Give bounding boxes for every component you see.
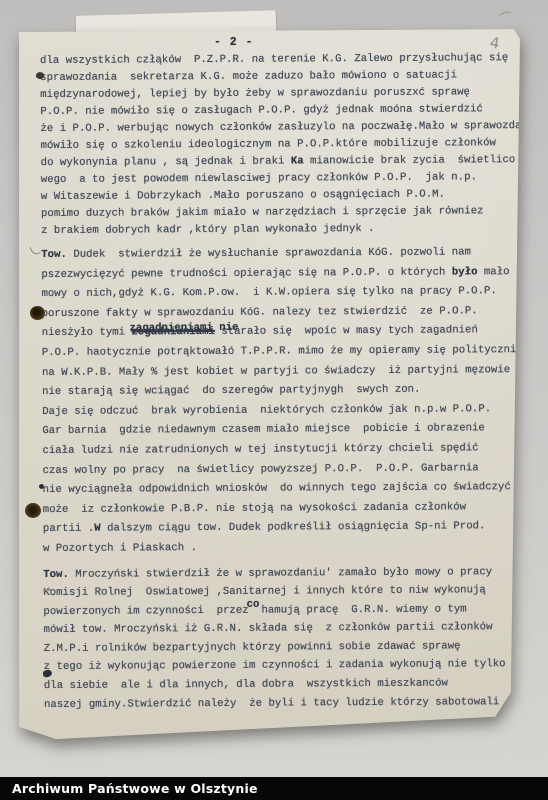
text-line: ciała ludzi nie zatrudnionych w tej inst… (42, 439, 542, 462)
typed-text: dla wszystkich człąków P.Z.P.R. na teren… (40, 50, 544, 714)
ink-dot (39, 484, 44, 489)
typed-correction: zagadnieniami niezegadnianiami (131, 323, 215, 343)
text-line: wego a to jest powodem niewlasciwej prac… (41, 169, 541, 189)
paragraph: Tow. Dudek stwierdził że wysłuchanie spr… (41, 243, 543, 560)
text-line: w Pozortych i Piaskach . (43, 537, 543, 560)
text-line: naszej gminy.Stwierdzić należy że byli i… (44, 693, 544, 715)
text-line: Tow. Dudek stwierdził że wysłuchanie spr… (41, 243, 541, 266)
text-line: z brakiem dobrych kadr ,który plan wykon… (41, 220, 541, 240)
typed-correction: co (249, 601, 262, 620)
text-line: z tego iż wykonując powierzone im czynno… (44, 655, 544, 677)
text-line: Komisji Rolnej Oswiatowej ,Sanitarnej i … (43, 581, 543, 603)
text-line: mowy o nich,gdyż K.G. Kom.P.ow. i K.W.op… (41, 282, 541, 305)
scan-background: - 2 - 4 dla wszystkich człąków P.Z.P.R. … (0, 0, 548, 800)
paragraph: Tow. Mroczyński stwierdził że w sprawozd… (43, 562, 544, 714)
punch-hole-bottom (25, 503, 41, 518)
archive-watermark-bar: Archiwum Państwowe w Olsztynie (0, 777, 548, 800)
text-line: na W.K.P.B. Mały % jest kobiet w partyji… (42, 361, 542, 384)
pencil-squiggle-mark (29, 244, 40, 256)
text-line: pomimo duzych braków jakim miało w narzę… (41, 203, 541, 223)
punch-hole-top (30, 306, 45, 320)
paper-shadow-wrap: - 2 - 4 dla wszystkich człąków P.Z.P.R. … (0, 0, 548, 800)
paragraph: dla wszystkich człąków P.Z.P.R. na teren… (40, 50, 541, 240)
text-line: partii .W dalszym ciągu tow. Dudek podkr… (43, 517, 543, 540)
archive-watermark-label: Archiwum Państwowe w Olsztynie (12, 781, 258, 796)
document-page: - 2 - 4 dla wszystkich człąków P.Z.P.R. … (16, 27, 522, 747)
text-line: mówił tow. Mroczyński iż G.R.N. składa s… (43, 618, 543, 640)
page-number: - 2 - (214, 36, 254, 49)
text-line: nie wyciągneła odpowidnich wniosków do w… (43, 478, 543, 501)
text-line: P.O.P. haotycznie potrąktowałó T.P.P.R. … (42, 341, 542, 364)
text-line: dla wszystkich człąków P.Z.P.R. na teren… (40, 50, 540, 70)
